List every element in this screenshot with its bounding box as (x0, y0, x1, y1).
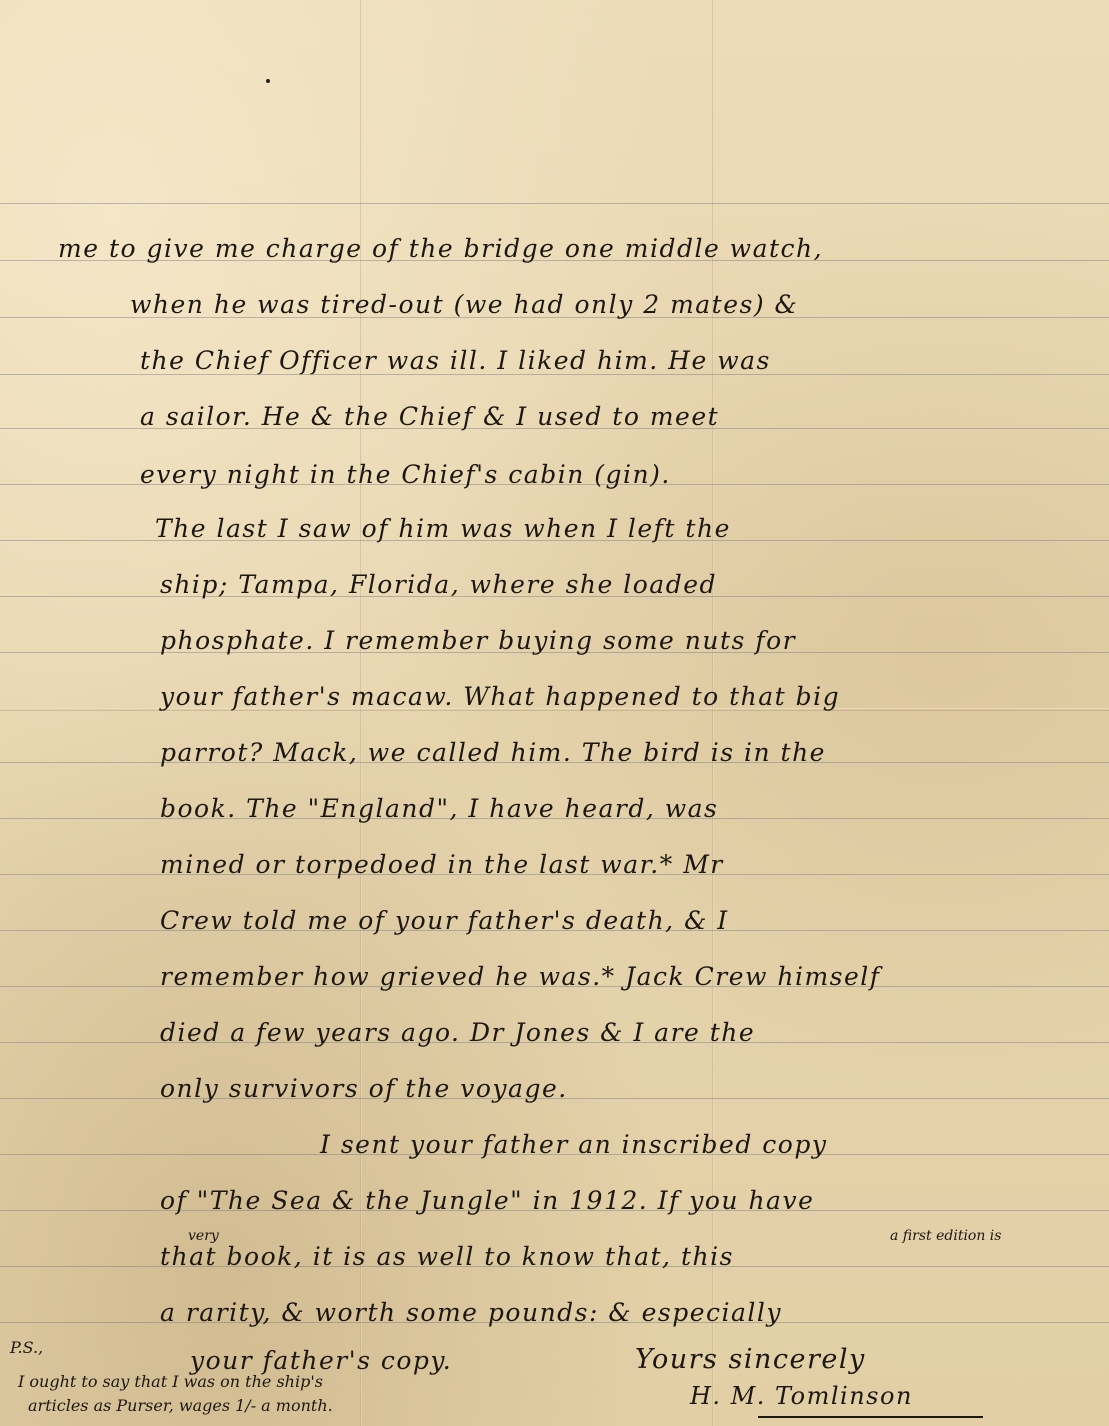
letter-line: every night in the Chief's cabin (gin). (140, 462, 671, 487)
letter-line: died a few years ago. Dr Jones & I are t… (160, 1020, 755, 1045)
letter-line: when he was tired-out (we had only 2 mat… (130, 292, 798, 317)
letter-line: phosphate. I remember buying some nuts f… (160, 628, 796, 653)
ink-dot (266, 79, 270, 83)
letter-line: your father's copy. (190, 1348, 452, 1373)
postscript-label: P.S., (10, 1340, 43, 1356)
letter-paper: me to give me charge of the bridge one m… (0, 0, 1109, 1426)
letter-line: your father's macaw. What happened to th… (160, 684, 840, 709)
letter-line: book. The "England", I have heard, was (160, 796, 718, 821)
signature: H. M. Tomlinson (690, 1384, 913, 1408)
letter-line: ship; Tampa, Florida, where she loaded (160, 572, 717, 597)
letter-line: I sent your father an inscribed copy (320, 1132, 827, 1157)
letter-line: of "The Sea & the Jungle" in 1912. If yo… (160, 1188, 814, 1213)
letter-line: The last I saw of him was when I left th… (155, 516, 731, 541)
letter-line: parrot? Mack, we called him. The bird is… (160, 740, 826, 765)
letter-line: me to give me charge of the bridge one m… (58, 236, 823, 261)
letter-line: a rarity, & worth some pounds: & especia… (160, 1300, 782, 1325)
signature-underline (758, 1416, 983, 1418)
closing: Yours sincerely (635, 1346, 866, 1373)
letter-line: the Chief Officer was ill. I liked him. … (140, 348, 771, 373)
letter-line: a sailor. He & the Chief & I used to mee… (140, 404, 719, 429)
letter-line: remember how grieved he was.* Jack Crew … (160, 964, 881, 989)
letter-line: that book, it is as well to know that, t… (160, 1244, 734, 1269)
letter-line: mined or torpedoed in the last war.* Mr (160, 852, 724, 877)
insertion-first-edition: a first edition is (890, 1228, 1001, 1244)
ruled-line (0, 203, 1109, 204)
postscript-line: articles as Purser, wages 1/- a month. (28, 1398, 333, 1414)
insertion-very: very (188, 1228, 219, 1244)
postscript-line: I ought to say that I was on the ship's (18, 1374, 323, 1390)
letter-line: only survivors of the voyage. (160, 1076, 568, 1101)
letter-line: Crew told me of your father's death, & I (160, 908, 729, 933)
